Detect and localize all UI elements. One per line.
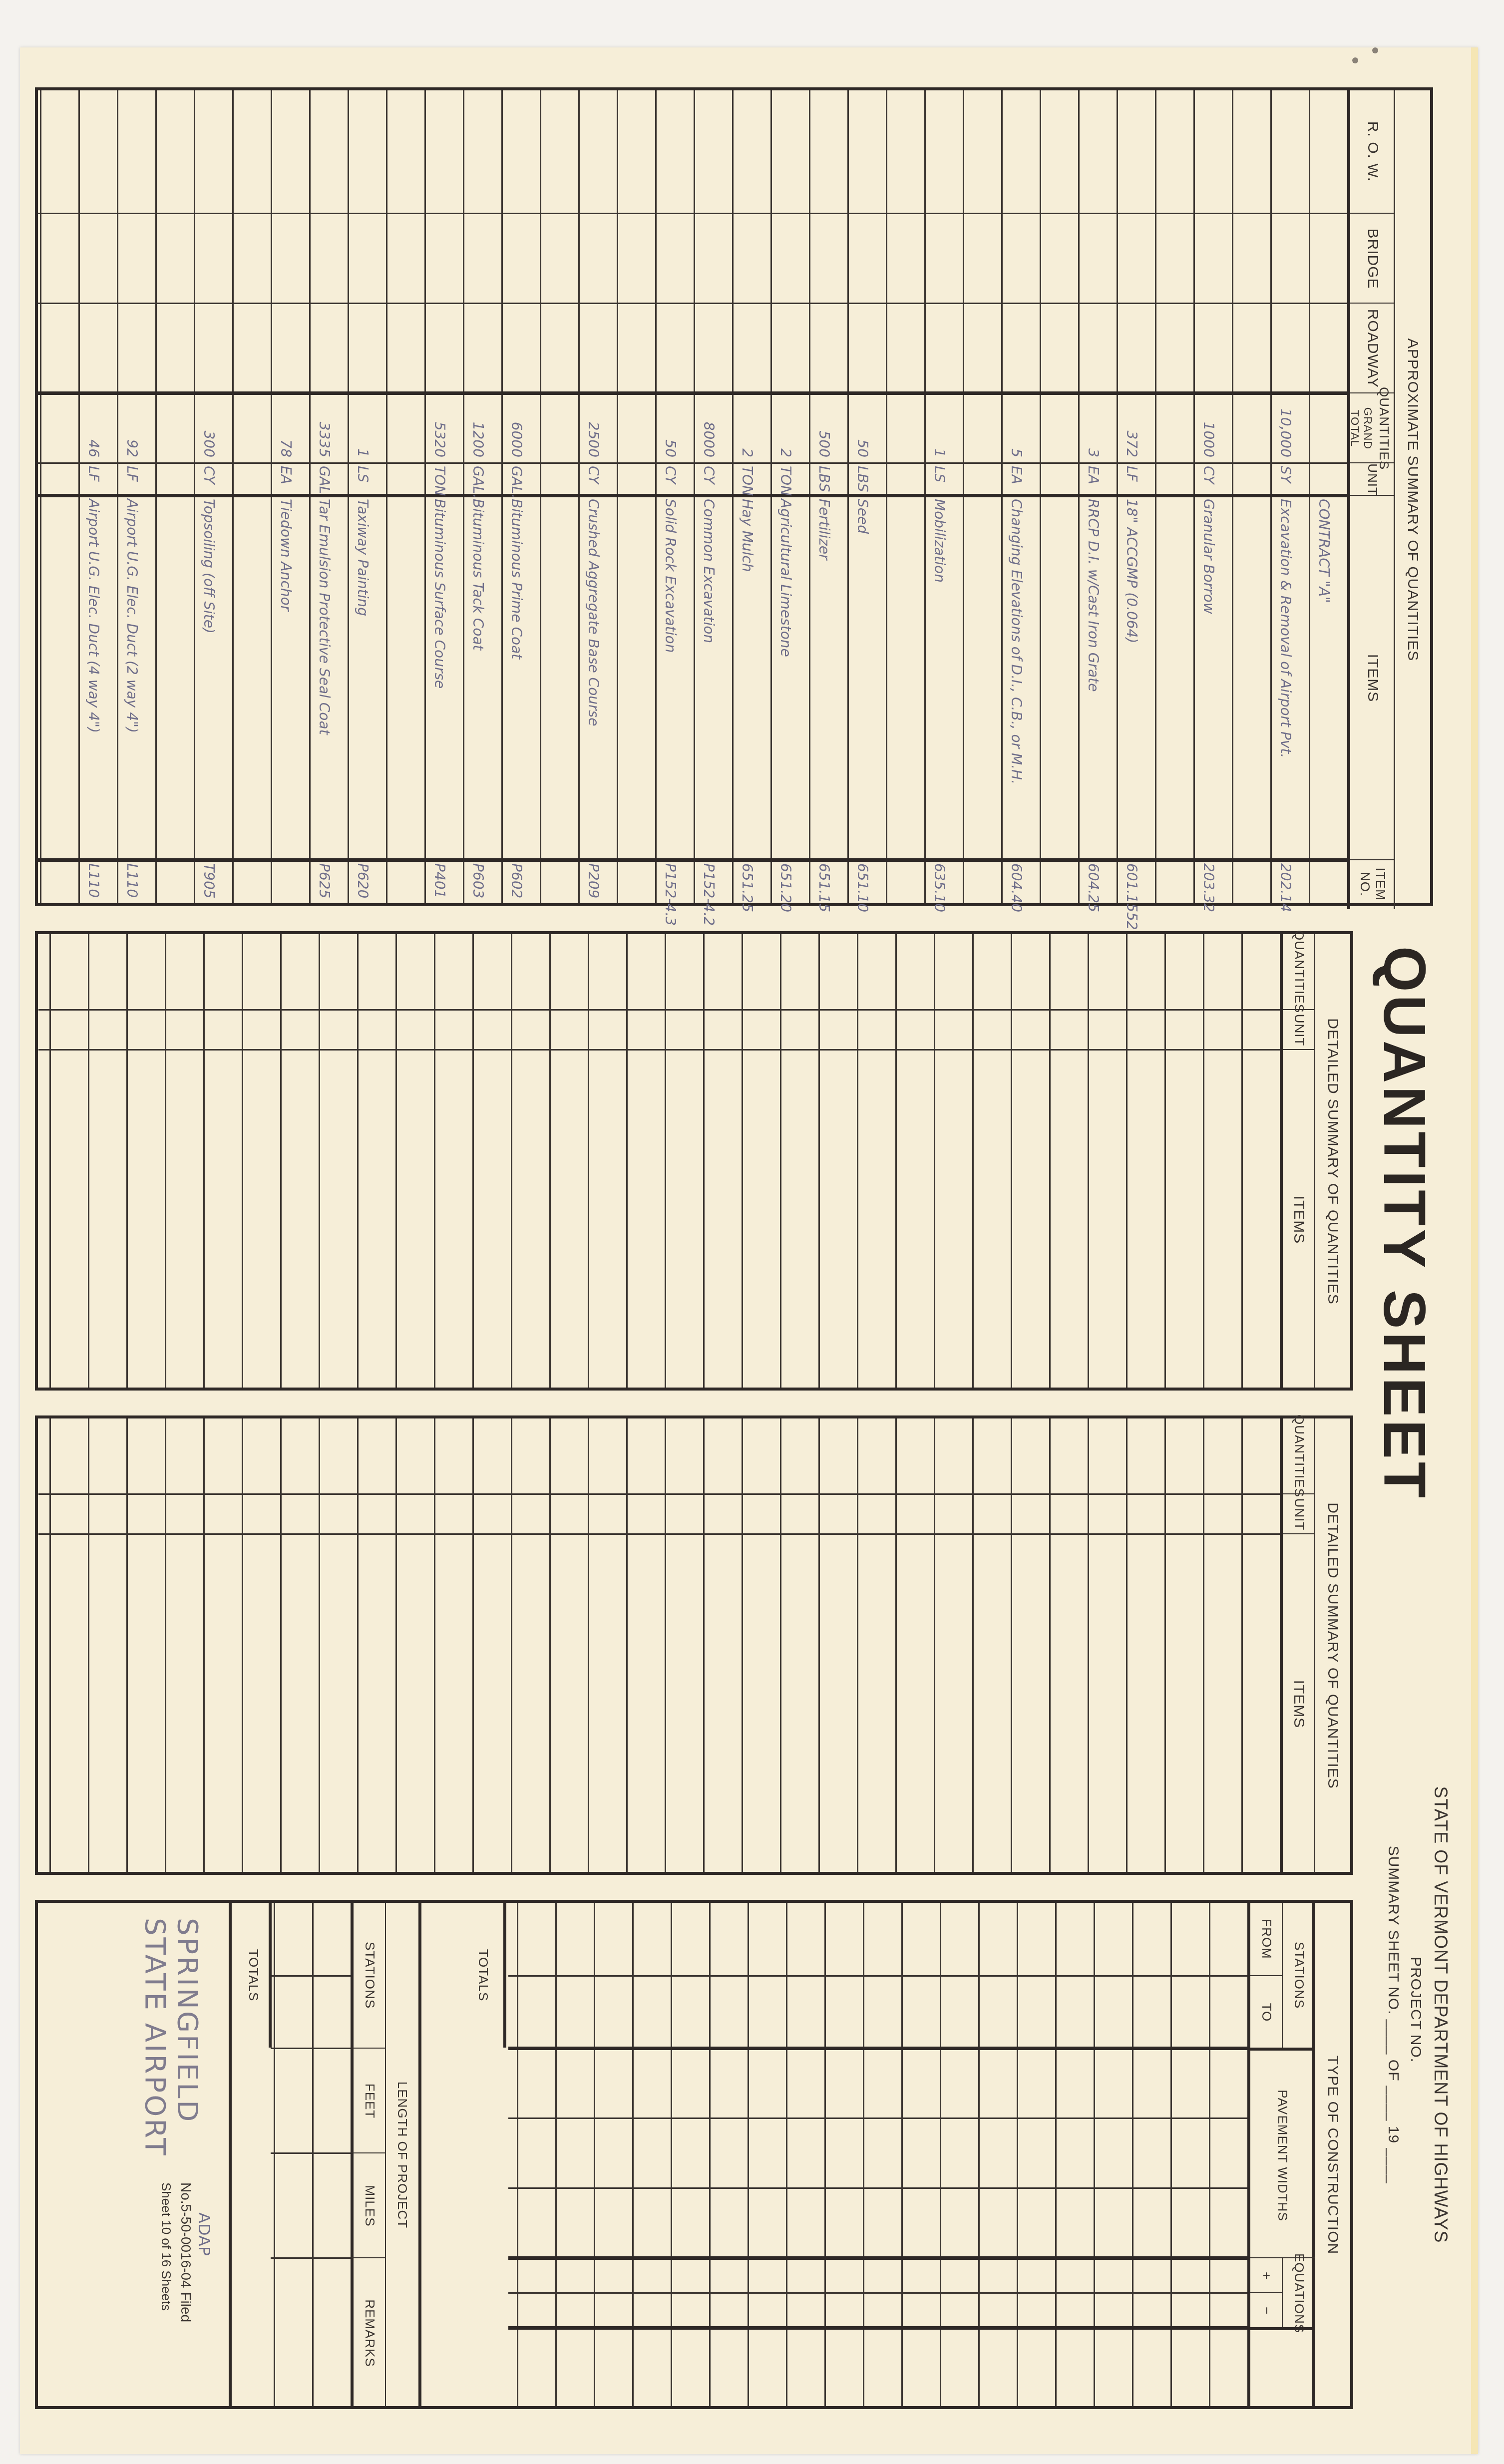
item-number-cell: P152-4.2 — [701, 863, 717, 908]
unit-cell: LF — [124, 466, 140, 496]
item-description-cell: Solid Rock Excavation — [662, 499, 679, 853]
item-description-cell: Airport U.G. Elec. Duct (2 way 4") — [124, 499, 140, 853]
col-unit: UNIT — [1283, 1493, 1315, 1534]
item-description-cell: RRCP D.I. w/Cast Iron Grate — [1085, 499, 1102, 853]
unit-cell: GAL. — [470, 466, 486, 496]
detailed-summary-1-body — [38, 934, 1280, 1388]
table-row: 2500CYCrushed Aggregate Base CourseP209 — [574, 90, 613, 903]
project-name-line1: SPRINGFIELD — [171, 1918, 204, 2123]
table-row: 50CYSolid Rock ExcavationP152-4.3 — [651, 90, 690, 903]
item-number-cell: 604.40 — [1008, 863, 1025, 908]
item-description-cell: Changing Elevations of D.I., C.B., or M.… — [1008, 499, 1025, 853]
type-of-construction-body — [508, 1903, 1247, 2406]
quantity-cell: 1200 — [470, 392, 486, 457]
paper-edge — [1471, 47, 1478, 2454]
item-description-cell: Airport U.G. Elec. Duct (4 way 4") — [85, 499, 102, 853]
item-description-cell: Tiedown Anchor — [278, 499, 294, 853]
unit-cell: LF — [1124, 466, 1140, 496]
lop-feet-header: FEET — [351, 2048, 386, 2153]
table-row — [0, 90, 36, 903]
approximate-summary-table: APPROXIMATE SUMMARY OF QUANTITIES R. O. … — [35, 87, 1433, 906]
item-number-cell: P603 — [470, 863, 486, 908]
table-row: 92LFAirport U.G. Elec. Duct (2 way 4")L1… — [113, 90, 151, 903]
unit-cell: CY — [662, 466, 679, 496]
quantity-cell: 5 — [1008, 392, 1025, 457]
quantity-cell: 2500 — [585, 392, 602, 457]
item-description-cell: Hay Mulch — [739, 499, 755, 853]
col-items: ITEMS — [1283, 1049, 1315, 1390]
quantity-cell: 46 — [85, 392, 102, 457]
pavement-widths-header: PAVEMENT WIDTHS — [1250, 2048, 1315, 2260]
col-quantities: QUANTITIES — [1283, 934, 1315, 1009]
type-of-construction-title: TYPE OF CONSTRUCTION — [1312, 1903, 1350, 2407]
unit-cell: EA — [278, 466, 294, 496]
table-row: 10,000SYExcavation & Removal of Airport … — [1266, 90, 1305, 903]
table-row: 6000GAL.Bituminous Prime CoatP602 — [497, 90, 536, 903]
quantity-cell: 3 — [1085, 392, 1102, 457]
table-row: 3EARRCP D.I. w/Cast Iron Grate604.25 — [1074, 90, 1113, 903]
detailed-summary-table-2: DETAILED SUMMARY OF QUANTITIES QUANTITIE… — [35, 1415, 1353, 1875]
col-unit: UNIT — [1350, 462, 1395, 496]
unit-cell: SY — [1277, 466, 1294, 496]
quantity-cell: 5320 — [431, 392, 448, 457]
quantity-cell: 10,000 — [1277, 392, 1294, 457]
quantity-cell: 1000 — [1200, 392, 1217, 457]
unit-cell: EA — [1085, 466, 1102, 496]
col-bridge: BRIDGE — [1350, 213, 1395, 304]
length-of-project-title: LENGTH OF PROJECT — [385, 1903, 418, 2407]
table-row: CONTRACT "A" — [1305, 90, 1343, 903]
item-description-cell: Bituminous Prime Coat — [508, 499, 525, 853]
unit-cell: TON — [777, 466, 794, 496]
item-number-cell: P401 — [431, 863, 448, 908]
table-row: 1000CYGranular Borrow203.32 — [1189, 90, 1228, 903]
quantity-cell: 8000 — [701, 392, 717, 457]
program-label: ADAP — [195, 2212, 214, 2256]
table-row: 46LFAirport U.G. Elec. Duct (4 way 4")L1… — [74, 90, 113, 903]
project-name-line2: STATE AIRPORT — [139, 1918, 171, 2157]
table-row — [36, 90, 74, 903]
item-description-cell: Taxiway Painting — [355, 499, 371, 853]
unit-cell: GAL. — [508, 466, 525, 496]
unit-cell: GAL — [316, 466, 333, 496]
table-row — [1228, 90, 1266, 903]
table-row — [151, 90, 190, 903]
project-number: No.5-50-0016-04 Filed — [178, 2182, 194, 2322]
item-description-cell: Fertilizer — [816, 499, 832, 853]
item-number-cell: P209 — [585, 863, 602, 908]
col-items: ITEMS — [1350, 495, 1395, 860]
item-number-cell: 651.15 — [816, 863, 832, 908]
title-block: SPRINGFIELD STATE AIRPORT ADAP No.5-50-0… — [34, 1903, 232, 2407]
punch-hole — [1372, 47, 1378, 53]
table-row — [228, 90, 267, 903]
lop-stations-header: STATIONS — [351, 1903, 386, 2048]
table-row — [613, 90, 651, 903]
table-row: 1200GAL.Bituminous Tack CoatP603 — [459, 90, 497, 903]
item-number-cell: T905 — [201, 863, 217, 908]
detailed-summary-1-title: DETAILED SUMMARY OF QUANTITIES — [1314, 934, 1350, 1389]
unit-cell: LS — [931, 466, 948, 496]
unit-cell: CY — [585, 466, 602, 496]
equations-header: EQUATIONS — [1282, 2257, 1315, 2328]
item-number-cell: 202.14 — [1277, 863, 1294, 908]
col-grand-total: GRAND TOTAL — [1350, 392, 1373, 463]
quantity-cell: 50 — [662, 392, 679, 457]
table-row: 78EATiedown Anchor — [267, 90, 305, 903]
table-row — [882, 90, 920, 903]
unit-cell: CY — [201, 466, 217, 496]
item-number-cell: L110 — [124, 863, 140, 908]
lop-miles-header: MILES — [351, 2152, 386, 2258]
table-row: 1LSTaxiway PaintingP620 — [344, 90, 382, 903]
item-description-cell: Mobilization — [931, 499, 948, 853]
quantity-cell: 78 — [278, 392, 294, 457]
table-row: 50LBSSeed651.10 — [843, 90, 882, 903]
item-number-cell: 651.25 — [739, 863, 755, 908]
item-number-cell: 203.32 — [1200, 863, 1217, 908]
item-description-cell: Agricultural Limestone — [777, 499, 794, 853]
quantity-cell: 2 — [777, 392, 794, 457]
quantity-cell: 92 — [124, 392, 140, 457]
unit-cell: LBS — [816, 466, 832, 496]
col-row: R. O. W. — [1350, 90, 1395, 213]
lop-totals-label: TOTALS — [239, 1903, 272, 2048]
table-row: 2TONHay Mulch651.25 — [728, 90, 766, 903]
item-description-cell: Granular Borrow — [1200, 499, 1217, 853]
punch-hole — [1352, 57, 1358, 63]
table-row: 5EAChanging Elevations of D.I., C.B., or… — [997, 90, 1036, 903]
table-row: 2TONAgricultural Limestone651.20 — [766, 90, 805, 903]
item-description-cell: CONTRACT "A" — [1316, 499, 1332, 853]
item-number-cell: P602 — [508, 863, 525, 908]
unit-cell: LF — [85, 466, 102, 496]
col-quantities: QUANTITIES — [1373, 392, 1395, 463]
quantity-cell: 6000 — [508, 392, 525, 457]
item-number-cell: 601.1552 — [1124, 863, 1140, 908]
lop-remarks-header: REMARKS — [351, 2257, 386, 2408]
col-unit: UNIT — [1283, 1009, 1315, 1050]
quantity-cell: 300 — [201, 392, 217, 457]
unit-cell: LBS — [854, 466, 871, 496]
table-row: 8000CYCommon ExcavationP152-4.2 — [690, 90, 728, 903]
unit-cell: TON — [431, 466, 448, 496]
approximate-summary-body: CONTRACT "A"10,000SYExcavation & Removal… — [38, 90, 1347, 903]
equations-minus: − — [1250, 2292, 1283, 2328]
table-row: 300CYTopsoiling (off Site)T905 — [190, 90, 228, 903]
table-row — [536, 90, 574, 903]
item-number-cell: P152-4.3 — [662, 863, 679, 908]
unit-cell: EA — [1008, 466, 1025, 496]
unit-cell: CY — [701, 466, 717, 496]
quantity-cell: 50 — [854, 392, 871, 457]
item-description-cell: Excavation & Removal of Airport Pvt. — [1277, 499, 1294, 853]
quantity-cell: 1 — [931, 392, 948, 457]
table-row: 1LSMobilization635.10 — [920, 90, 959, 903]
item-number-cell: 604.25 — [1085, 863, 1102, 908]
unit-cell: LS — [355, 466, 371, 496]
sheet-number: Sheet 10 of 16 Sheets — [158, 2182, 174, 2311]
item-number-cell: L110 — [85, 863, 102, 908]
table-row: 3335GALTar Emulsion Protective Seal Coat… — [305, 90, 344, 903]
item-description-cell: Bituminous Surface Course — [431, 499, 448, 853]
detailed-summary-2-title: DETAILED SUMMARY OF QUANTITIES — [1314, 1418, 1350, 1873]
quantity-cell: 3335 — [316, 392, 333, 457]
item-description-cell: Crushed Aggregate Base Course — [585, 499, 602, 853]
item-description-cell: 18" ACCGMP (0.064) — [1124, 499, 1140, 853]
detailed-summary-table-1: DETAILED SUMMARY OF QUANTITIES QUANTITIE… — [35, 931, 1353, 1391]
table-row: 372LF18" ACCGMP (0.064)601.1552 — [1113, 90, 1151, 903]
item-number-cell: P620 — [355, 863, 371, 908]
col-items: ITEMS — [1283, 1533, 1315, 1874]
item-number-cell: 635.10 — [931, 863, 948, 908]
col-quantities: QUANTITIES — [1283, 1418, 1315, 1493]
detailed-summary-2-body — [38, 1418, 1280, 1872]
unit-cell: CY — [1200, 466, 1217, 496]
quantity-cell: 2 — [739, 392, 755, 457]
item-number-cell: 651.10 — [854, 863, 871, 908]
table-row — [959, 90, 997, 903]
approximate-summary-title: APPROXIMATE SUMMARY OF QUANTITIES — [1394, 90, 1430, 909]
quantity-cell: 500 — [816, 392, 832, 457]
length-of-project-body — [271, 1903, 351, 2406]
quantity-sheet-form: STATE OF VERMONT DEPARTMENT OF HIGHWAYS … — [35, 87, 1433, 2409]
table-row: 5320TONBituminous Surface CourseP401 — [420, 90, 459, 903]
item-description-cell: Topsoiling (off Site) — [201, 499, 217, 853]
item-description-cell: Seed — [854, 499, 871, 853]
item-description-cell: Bituminous Tack Coat — [470, 499, 486, 853]
item-number-cell: P625 — [316, 863, 333, 908]
agency-title: STATE OF VERMONT DEPARTMENT OF HIGHWAYS — [1428, 1715, 1453, 2314]
col-roadway: ROADWAY — [1350, 303, 1395, 393]
construction-totals-label: TOTALS — [463, 1903, 506, 2048]
item-description-cell: Tar Emulsion Protective Seal Coat — [316, 499, 333, 853]
table-row — [382, 90, 420, 903]
from-header: FROM — [1250, 1903, 1283, 1975]
to-header: TO — [1250, 1975, 1283, 2049]
table-row — [1036, 90, 1074, 903]
item-number-cell: 651.20 — [777, 863, 794, 908]
type-of-construction-table: TYPE OF CONSTRUCTION STATIONS FROM TO PA… — [35, 1900, 1353, 2409]
table-row — [1151, 90, 1189, 903]
quantity-cell: 1 — [355, 392, 371, 457]
item-description-cell: Common Excavation — [701, 499, 717, 853]
unit-cell: TON — [739, 466, 755, 496]
stations-header: STATIONS — [1282, 1903, 1315, 2048]
page-title: QUANTITY SHEET — [1370, 946, 1438, 1501]
project-no-label: PROJECT NO. — [1406, 1785, 1426, 2234]
summary-sheet-no: SUMMARY SHEET NO. ____ OF ____ 19 ____ — [1383, 1715, 1403, 2314]
equations-plus: + — [1250, 2257, 1283, 2293]
table-row: 500LBSFertilizer651.15 — [805, 90, 843, 903]
col-item-no: ITEM NO. — [1350, 859, 1395, 908]
quantity-cell: 372 — [1124, 392, 1140, 457]
